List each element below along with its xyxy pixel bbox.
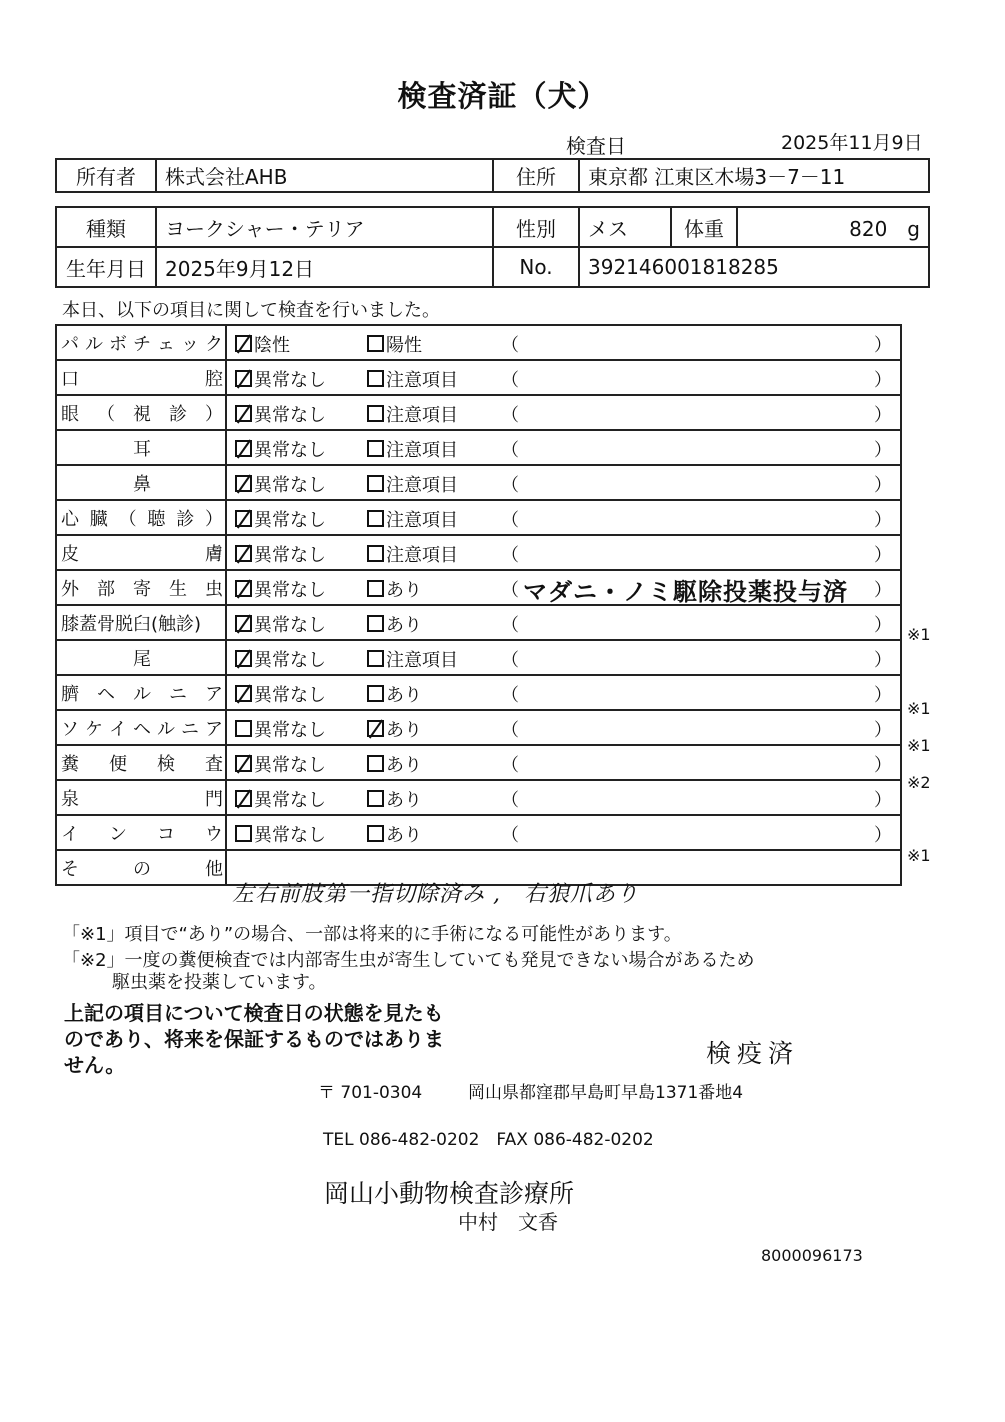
weight-value: 820 g — [737, 207, 929, 247]
note-open-paren: （ — [501, 821, 519, 847]
checkbox-unchecked-icon[interactable] — [367, 790, 384, 807]
checkbox-unchecked-icon[interactable] — [367, 370, 384, 387]
checkbox-unchecked-icon[interactable] — [367, 755, 384, 772]
option-abnormal[interactable]: あり — [367, 611, 422, 637]
option-label: 異常なし — [254, 440, 326, 461]
option-label: 異常なし — [254, 720, 326, 741]
note-open-paren: （ — [501, 751, 519, 777]
breed-value: ヨークシャー・テリア — [156, 207, 493, 247]
checkbox-unchecked-icon[interactable] — [235, 825, 252, 842]
note-open-paren: （ — [501, 681, 519, 707]
checkbox-checked-icon[interactable] — [235, 650, 252, 667]
inspection-row: インコウ異常なしあり（） — [56, 815, 901, 850]
option-abnormal[interactable]: あり — [367, 576, 422, 602]
row-label-char: 門 — [205, 785, 223, 811]
note-close-paren: ） — [874, 786, 892, 812]
row-label-char: （ — [97, 400, 115, 426]
inspection-item-label: 糞便検査 — [56, 745, 226, 780]
row-label-char: 他 — [205, 855, 223, 881]
inspection-row: 膝蓋骨脱臼(触診)異常なしあり（） — [56, 605, 901, 640]
option-normal[interactable]: 異常なし — [235, 681, 326, 707]
checkbox-unchecked-icon[interactable] — [367, 650, 384, 667]
row-label-char: 心 — [61, 505, 79, 531]
note-open-paren: （ — [501, 646, 519, 672]
row-label-char: 寄 — [133, 575, 151, 601]
option-label: 異常なし — [254, 650, 326, 671]
microchip-no-label: No. — [493, 247, 579, 287]
clinic-tel-fax: TEL 086-482-0202 FAX 086-482-0202 — [323, 1125, 654, 1150]
checkbox-checked-icon[interactable] — [235, 405, 252, 422]
quarantine-stamp: 検疫済 — [706, 1034, 799, 1070]
weight-label: 体重 — [671, 207, 737, 247]
option-abnormal[interactable]: あり — [367, 786, 422, 812]
footnote-1: 「※1」項目で“あり”の場合、一部は将来的に手術になる可能性があります。 — [62, 920, 682, 946]
document-number: 8000096173 — [761, 1246, 863, 1265]
row-label-char: 臓 — [90, 505, 108, 531]
birth-value: 2025年9月12日 — [156, 247, 493, 287]
option-label: あり — [386, 685, 422, 706]
exam-date: 2025年11月9日 — [781, 128, 923, 155]
row-label-char: そ — [61, 855, 79, 881]
row-label-char: ボ — [109, 330, 127, 356]
row-label-char: 診 — [169, 400, 187, 426]
checkbox-unchecked-icon[interactable] — [367, 685, 384, 702]
option-label: あり — [386, 580, 422, 601]
inspection-item-label: 臍ヘルニア — [56, 675, 226, 710]
row-label-char: ッ — [181, 330, 199, 356]
row-label-char: 糞 — [61, 750, 79, 776]
option-label: 注意項目 — [386, 545, 458, 566]
option-normal[interactable]: 異常なし — [235, 366, 326, 392]
exam-date-label: 検査日 — [566, 130, 626, 159]
clinic-address: 岡山県都窪郡早島町早島1371番地4 — [468, 1078, 743, 1103]
row-label-char: 虫 — [205, 575, 223, 601]
microchip-no-value: 392146001818285 — [579, 247, 929, 287]
row-label-char: イ — [61, 820, 79, 846]
checkbox-checked-icon[interactable] — [235, 335, 252, 352]
option-normal[interactable]: 異常なし — [235, 506, 326, 532]
sex-value: メス — [579, 207, 671, 247]
note-close-paren: ） — [874, 646, 892, 672]
option-normal[interactable]: 異常なし — [235, 611, 326, 637]
note-open-paren: （ — [501, 611, 519, 637]
row-label-char: 眼 — [61, 400, 79, 426]
footnote-reference-mark: ※1 — [907, 846, 931, 865]
row-label-char: 口 — [61, 365, 79, 391]
row-label-char: 聴 — [147, 505, 165, 531]
row-label-char: チ — [133, 330, 151, 356]
checkbox-checked-icon[interactable] — [235, 755, 252, 772]
note-open-paren: （ — [501, 786, 519, 812]
option-abnormal[interactable]: 注意項目 — [367, 436, 458, 462]
option-normal[interactable]: 異常なし — [235, 436, 326, 462]
option-abnormal[interactable]: 注意項目 — [367, 401, 458, 427]
option-normal[interactable]: 陰性 — [235, 331, 290, 357]
footnote-reference-mark: ※1 — [907, 625, 931, 644]
address-value: 東京都 江東区木場3－7－11 — [579, 159, 929, 192]
note-close-paren: ） — [874, 471, 892, 497]
row-label-char: ソ — [61, 715, 79, 741]
row-label-char: 耳 — [133, 435, 151, 461]
note-close-paren: ） — [874, 611, 892, 637]
checkbox-checked-icon[interactable] — [235, 790, 252, 807]
note-open-paren: （ — [501, 506, 519, 532]
sex-label: 性別 — [493, 207, 579, 247]
inspection-row: 鼻異常なし注意項目（） — [56, 465, 901, 500]
row-label-char: の — [133, 855, 151, 881]
inspection-item-label: 眼（視診） — [56, 395, 226, 430]
row-label-char: ク — [205, 330, 223, 356]
inspection-row: 臍ヘルニア異常なしあり（） — [56, 675, 901, 710]
inspection-item-label: 口腔 — [56, 360, 226, 395]
row-label-char: ニ — [169, 680, 187, 706]
inspection-item-label: 耳 — [56, 430, 226, 465]
inspection-row: 外部寄生虫異常なしあり（マダニ・ノミ駆除投薬投与済） — [56, 570, 901, 605]
option-normal[interactable]: 異常なし — [235, 751, 326, 777]
option-label: 注意項目 — [386, 440, 458, 461]
note-open-paren: （ — [501, 471, 519, 497]
option-label: 異常なし — [254, 615, 326, 636]
inspection-item-label: パルボチェック — [56, 325, 226, 360]
row-label-char: ン — [109, 820, 127, 846]
inspection-row: 耳異常なし注意項目（） — [56, 430, 901, 465]
checkbox-checked-icon[interactable] — [235, 685, 252, 702]
option-label: 異常なし — [254, 685, 326, 706]
option-label: 注意項目 — [386, 370, 458, 391]
row-label-char: コ — [157, 820, 175, 846]
footnote-2-cont: 駆虫薬を投薬しています。 — [112, 968, 327, 994]
option-normal[interactable]: 異常なし — [235, 541, 326, 567]
checkbox-checked-icon[interactable] — [235, 615, 252, 632]
owner-value: 株式会社AHB — [156, 159, 493, 192]
checkbox-unchecked-icon[interactable] — [367, 405, 384, 422]
option-normal[interactable]: 異常なし — [235, 401, 326, 427]
row-label-char: 視 — [133, 400, 151, 426]
option-label: 異常なし — [254, 825, 326, 846]
option-label: あり — [386, 790, 422, 811]
checkbox-checked-icon[interactable] — [235, 440, 252, 457]
row-label-char: ェ — [157, 330, 175, 356]
option-normal[interactable]: 異常なし — [235, 786, 326, 812]
row-label-char: ヘ — [133, 715, 151, 741]
option-label: 異常なし — [254, 370, 326, 391]
row-label-char: 検 — [157, 750, 175, 776]
row-label-char: 膝蓋骨脱臼(触診) — [61, 610, 201, 636]
inspection-row: 眼（視診）異常なし注意項目（） — [56, 395, 901, 430]
option-label: 異常なし — [254, 755, 326, 776]
row-label-char: 腔 — [205, 365, 223, 391]
option-label: 異常なし — [254, 405, 326, 426]
veterinarian-name: 中村 文香 — [458, 1206, 558, 1235]
option-normal[interactable]: 異常なし — [235, 471, 326, 497]
row-label-char: 診 — [176, 505, 194, 531]
note-close-paren: ） — [874, 821, 892, 847]
option-abnormal[interactable]: 注意項目 — [367, 646, 458, 672]
row-label-char: ウ — [205, 820, 223, 846]
option-label: 異常なし — [254, 510, 326, 531]
option-label: 陽性 — [386, 335, 422, 356]
address-label: 住所 — [493, 159, 579, 192]
option-label: あり — [386, 615, 422, 636]
row-label-char: 皮 — [61, 540, 79, 566]
row-label-char: 膚 — [205, 540, 223, 566]
row-label-char: ） — [205, 505, 223, 531]
option-label: 異常なし — [254, 790, 326, 811]
inspection-row: 心臓（聴診）異常なし注意項目（） — [56, 500, 901, 535]
note-open-paren: （ — [501, 331, 519, 357]
option-label: 異常なし — [254, 475, 326, 496]
inspection-note: マダニ・ノミ駆除投薬投与済 — [523, 572, 848, 605]
clinic-name: 岡山小動物検査診療所 — [324, 1174, 574, 1210]
inspection-row: 皮膚異常なし注意項目（） — [56, 535, 901, 570]
option-normal[interactable]: 異常なし — [235, 821, 326, 847]
option-abnormal[interactable]: 注意項目 — [367, 471, 458, 497]
checkbox-unchecked-icon[interactable] — [367, 510, 384, 527]
intro-text: 本日、以下の項目に関して検査を行いました。 — [62, 296, 440, 322]
note-close-paren: ） — [874, 506, 892, 532]
row-label-char: 尾 — [133, 645, 151, 671]
option-abnormal[interactable]: 注意項目 — [367, 541, 458, 567]
checkbox-checked-icon[interactable] — [367, 720, 384, 737]
inspection-item-label: 尾 — [56, 640, 226, 675]
handwritten-note: 左右前肢第一指切除済み , 右狼爪あり — [232, 877, 639, 908]
row-label-char: （ — [119, 505, 137, 531]
inspection-row: 泉門異常なしあり（） — [56, 780, 901, 815]
row-label-char: ア — [205, 680, 223, 706]
row-label-char: ヘ — [97, 680, 115, 706]
other-label: その他 — [56, 850, 226, 885]
row-label-char: 査 — [205, 750, 223, 776]
note-open-paren: （ — [501, 541, 519, 567]
option-label: あり — [386, 720, 422, 741]
note-open-paren: （ — [501, 436, 519, 462]
option-label: あり — [386, 755, 422, 776]
inspection-item-label: インコウ — [56, 815, 226, 850]
checkbox-checked-icon[interactable] — [235, 370, 252, 387]
option-label: 注意項目 — [386, 405, 458, 426]
row-label-char: 部 — [97, 575, 115, 601]
note-close-paren: ） — [874, 366, 892, 392]
row-label-char: ） — [205, 400, 223, 426]
option-normal[interactable]: 異常なし — [235, 576, 326, 602]
note-open-paren: （ — [501, 576, 519, 602]
checkbox-checked-icon[interactable] — [235, 510, 252, 527]
footnote-reference-mark: ※2 — [907, 773, 931, 792]
row-label-char: ル — [133, 680, 151, 706]
inspection-row: ソケイヘルニア異常なしあり（） — [56, 710, 901, 745]
inspection-row: 尾異常なし注意項目（） — [56, 640, 901, 675]
disclaimer: 上記の項目について検査日の状態を見たものであり、将来を保証するものではありません… — [64, 1000, 444, 1078]
inspection-item-label: 膝蓋骨脱臼(触診) — [56, 605, 226, 640]
pet-table: 種類 ヨークシャー・テリア 性別 メス 体重 820 g 生年月日 2025年9… — [55, 206, 930, 288]
row-label-char: 生 — [169, 575, 187, 601]
footnote-reference-mark: ※1 — [907, 699, 931, 718]
option-label: 注意項目 — [386, 510, 458, 531]
checkbox-unchecked-icon[interactable] — [367, 580, 384, 597]
checkbox-checked-icon[interactable] — [235, 545, 252, 562]
option-normal[interactable]: 異常なし — [235, 716, 326, 742]
option-abnormal[interactable]: あり — [367, 681, 422, 707]
option-label: 異常なし — [254, 580, 326, 601]
option-abnormal[interactable]: あり — [367, 716, 422, 742]
note-close-paren: ） — [874, 576, 892, 602]
owner-label: 所有者 — [56, 159, 156, 192]
inspection-row: 口腔異常なし注意項目（） — [56, 360, 901, 395]
option-label: 異常なし — [254, 545, 326, 566]
note-close-paren: ） — [874, 751, 892, 777]
row-label-char: イ — [109, 715, 127, 741]
note-open-paren: （ — [501, 401, 519, 427]
inspection-item-label: 鼻 — [56, 465, 226, 500]
row-label-char: ニ — [181, 715, 199, 741]
option-label: 陰性 — [254, 335, 290, 356]
row-label-char: 泉 — [61, 785, 79, 811]
checkbox-checked-icon[interactable] — [235, 475, 252, 492]
row-label-char: 鼻 — [133, 470, 151, 496]
inspection-item-label: 心臓（聴診） — [56, 500, 226, 535]
option-label: 注意項目 — [386, 475, 458, 496]
option-abnormal[interactable]: あり — [367, 751, 422, 777]
checkbox-unchecked-icon[interactable] — [235, 720, 252, 737]
option-abnormal[interactable]: 注意項目 — [367, 506, 458, 532]
option-abnormal[interactable]: 陽性 — [367, 331, 422, 357]
checkbox-unchecked-icon[interactable] — [367, 615, 384, 632]
inspection-item-label: 外部寄生虫 — [56, 570, 226, 605]
note-close-paren: ） — [874, 541, 892, 567]
note-open-paren: （ — [501, 366, 519, 392]
note-close-paren: ） — [874, 331, 892, 357]
note-close-paren: ） — [874, 716, 892, 742]
clinic-postal-code: 〒 701-0304 — [318, 1078, 422, 1103]
checkbox-unchecked-icon[interactable] — [367, 335, 384, 352]
footnote-reference-mark: ※1 — [907, 736, 931, 755]
row-label-char: 臍 — [61, 680, 79, 706]
checkbox-unchecked-icon[interactable] — [367, 545, 384, 562]
inspection-item-label: 泉門 — [56, 780, 226, 815]
row-label-char: ル — [85, 330, 103, 356]
note-close-paren: ） — [874, 681, 892, 707]
breed-label: 種類 — [56, 207, 156, 247]
row-label-char: ル — [157, 715, 175, 741]
option-abnormal[interactable]: あり — [367, 821, 422, 847]
inspection-row: 糞便検査異常なしあり（） — [56, 745, 901, 780]
note-open-paren: （ — [501, 716, 519, 742]
inspection-item-label: 皮膚 — [56, 535, 226, 570]
checkbox-unchecked-icon[interactable] — [367, 825, 384, 842]
row-label-char: パ — [61, 330, 79, 356]
owner-table: 所有者 株式会社AHB 住所 東京都 江東区木場3－7－11 — [55, 158, 930, 193]
document-title: 検査済証（犬） — [0, 74, 1005, 115]
inspection-table: パルボチェック陰性陽性（）口腔異常なし注意項目（）眼（視診）異常なし注意項目（）… — [55, 324, 902, 886]
birth-label: 生年月日 — [56, 247, 156, 287]
note-close-paren: ） — [874, 401, 892, 427]
option-label: 注意項目 — [386, 650, 458, 671]
checkbox-checked-icon[interactable] — [235, 580, 252, 597]
option-label: あり — [386, 825, 422, 846]
option-abnormal[interactable]: 注意項目 — [367, 366, 458, 392]
row-label-char: ア — [205, 715, 223, 741]
checkbox-unchecked-icon[interactable] — [367, 440, 384, 457]
row-label-char: 便 — [109, 750, 127, 776]
row-label-char: ケ — [85, 715, 103, 741]
inspection-item-label: ソケイヘルニア — [56, 710, 226, 745]
row-label-char: 外 — [61, 575, 79, 601]
inspection-row: パルボチェック陰性陽性（） — [56, 325, 901, 360]
note-close-paren: ） — [874, 436, 892, 462]
option-normal[interactable]: 異常なし — [235, 646, 326, 672]
checkbox-unchecked-icon[interactable] — [367, 475, 384, 492]
